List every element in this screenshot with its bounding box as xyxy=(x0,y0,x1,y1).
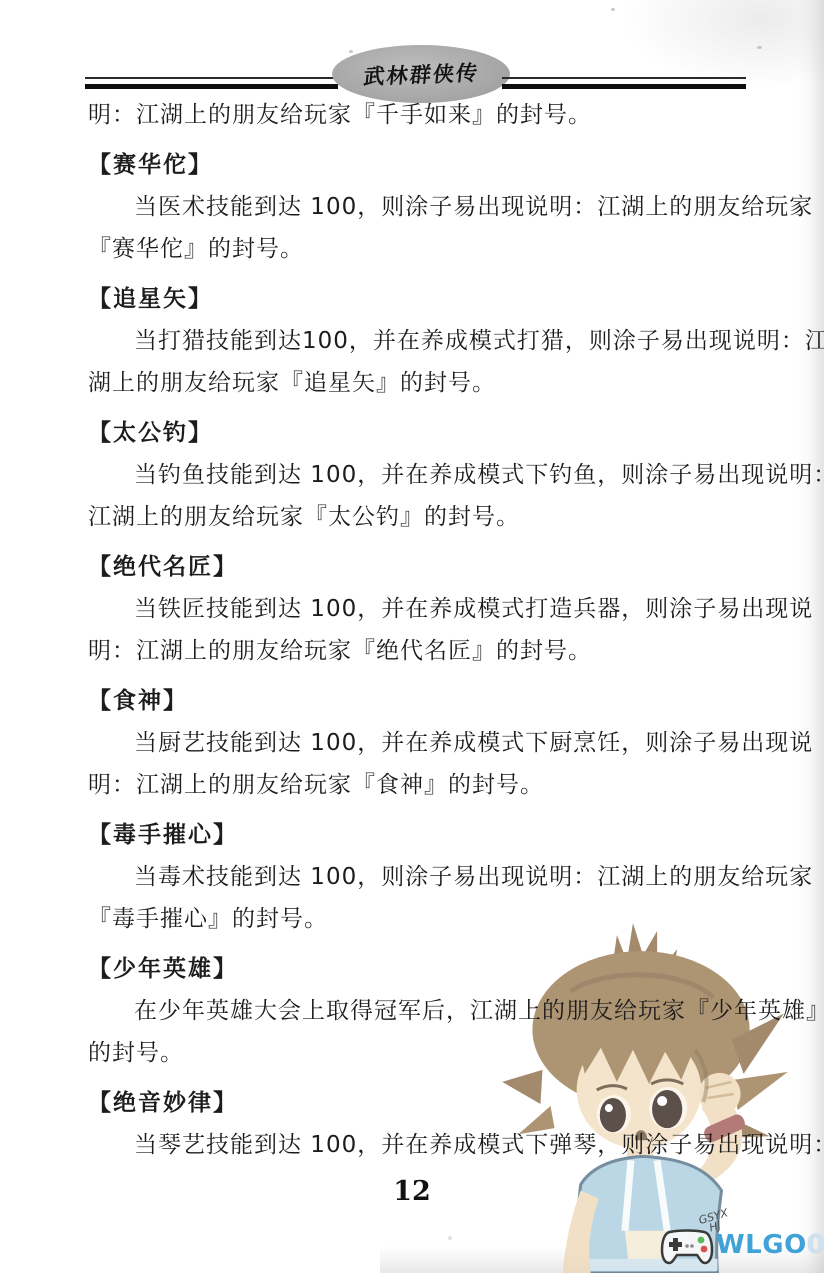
body-line: 明：江湖上的朋友给玩家『食神』的封号。 xyxy=(88,764,748,806)
body-line: 当厨艺技能到达 100，并在养成模式下厨烹饪，则涂子易出现说 xyxy=(88,722,748,764)
body-line: 湖上的朋友给玩家『追星矢』的封号。 xyxy=(88,362,748,404)
section-heading: 【毒手摧心】 xyxy=(88,814,748,856)
scan-edge-shadow xyxy=(798,0,824,1273)
section-heading: 【赛华佗】 xyxy=(88,144,748,186)
site-url: WLGO00.COM xyxy=(716,1230,824,1260)
body-line: 江湖上的朋友给玩家『太公钓』的封号。 xyxy=(88,496,748,538)
scan-speck xyxy=(611,8,615,11)
body-line: 当钓鱼技能到达 100，并在养成模式下钓鱼，则涂子易出现说明： xyxy=(88,454,748,496)
section-heading: 【食神】 xyxy=(88,680,748,722)
scanned-guide-page: 武林群侠传 xyxy=(0,0,824,1273)
body-line: 当毒术技能到达 100，则涂子易出现说明：江湖上的朋友给玩家 xyxy=(88,856,748,898)
section-heading: 【少年英雄】 xyxy=(88,948,748,990)
body-line: 当铁匠技能到达 100，并在养成模式打造兵器，则涂子易出现说 xyxy=(88,588,748,630)
body-line: 明：江湖上的朋友给玩家『千手如来』的封号。 xyxy=(88,94,748,136)
header-rule-right xyxy=(502,77,746,89)
site-watermark: GSYX HJ WLGO00.COM xyxy=(660,1212,824,1272)
page-number: 12 xyxy=(0,1176,824,1207)
body-line: 『赛华佗』的封号。 xyxy=(88,228,748,270)
section-heading: 【绝代名匠】 xyxy=(88,546,748,588)
section-heading: 【追星矢】 xyxy=(88,278,748,320)
body-line: 的封号。 xyxy=(88,1032,748,1074)
body-line: 当打猎技能到达100，并在养成模式打猎，则涂子易出现说明：江 xyxy=(88,320,748,362)
header-rule-left xyxy=(85,77,338,89)
book-title: 武林群侠传 xyxy=(362,57,481,91)
body-line: 当医术技能到达 100，则涂子易出现说明：江湖上的朋友给玩家 xyxy=(88,186,748,228)
page-body: 明：江湖上的朋友给玩家『千手如来』的封号。 【赛华佗】 当医术技能到达 100，… xyxy=(88,94,748,1166)
body-line: 当琴艺技能到达 100，并在养成模式下弹琴，则涂子易出现说明： xyxy=(88,1124,748,1166)
body-line: 明：江湖上的朋友给玩家『绝代名匠』的封号。 xyxy=(88,630,748,672)
body-line: 『毒手摧心』的封号。 xyxy=(88,898,748,940)
body-line: 在少年英雄大会上取得冠军后，江湖上的朋友给玩家『少年英雄』 xyxy=(88,990,748,1032)
section-heading: 【太公钓】 xyxy=(88,412,748,454)
scan-speck xyxy=(757,46,762,49)
section-heading: 【绝音妙律】 xyxy=(88,1082,748,1124)
scan-speck xyxy=(448,1236,452,1240)
scan-speck xyxy=(349,50,353,53)
